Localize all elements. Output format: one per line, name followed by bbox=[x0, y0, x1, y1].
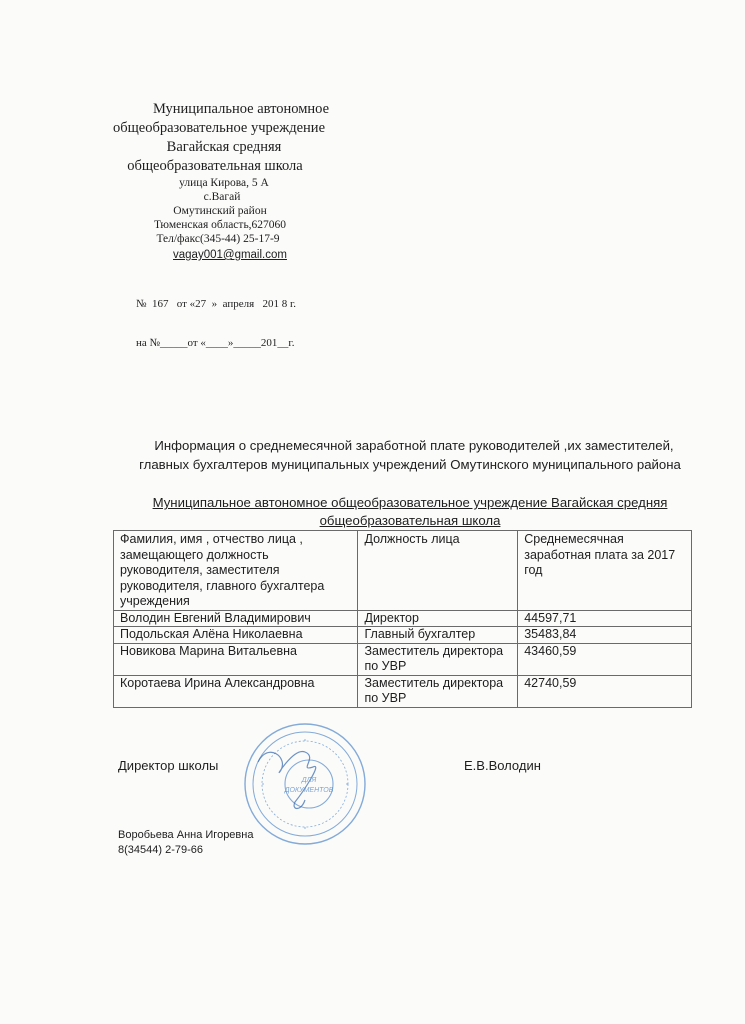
letterhead-org-line4: общеобразовательная школа bbox=[100, 157, 360, 176]
header-position: Должность лица bbox=[358, 531, 518, 611]
header-fullname: Фамилия, имя , отчество лица , замещающе… bbox=[114, 531, 358, 611]
letterhead-region: Тюменская область,627060 bbox=[100, 218, 360, 232]
cell-salary: 44597,71 bbox=[518, 610, 692, 627]
letterhead-phone: Тел/факс(345-44) 25-17-9 bbox=[100, 232, 360, 246]
contact-phone: 8(34544) 2-79-66 bbox=[118, 843, 253, 858]
official-stamp: ДЛЯ ДОКУМЕНТОВ bbox=[243, 722, 368, 847]
cell-name: Володин Евгений Владимирович bbox=[114, 610, 358, 627]
signature-role: Директор школы bbox=[118, 758, 218, 773]
organization-name-line1: Муниципальное автономное общеобразовател… bbox=[100, 494, 720, 512]
cell-salary: 42740,59 bbox=[518, 675, 692, 707]
cell-position: Директор bbox=[358, 610, 518, 627]
document-title: Информация о среднемесячной заработной п… bbox=[100, 436, 720, 474]
svg-text:ДЛЯ: ДЛЯ bbox=[301, 777, 317, 784]
signature-name: Е.В.Володин bbox=[464, 758, 541, 773]
cell-position: Заместитель директора по УВР bbox=[358, 675, 518, 707]
table-row: Володин Евгений Владимирович Директор 44… bbox=[114, 610, 692, 627]
cell-position: Заместитель директора по УВР bbox=[358, 643, 518, 675]
organization-name-line2: общеобразовательная школа bbox=[100, 512, 720, 530]
cell-salary: 43460,59 bbox=[518, 643, 692, 675]
cell-salary: 35483,84 bbox=[518, 627, 692, 644]
letterhead-email-row: vagay001@gmail.com bbox=[100, 246, 360, 263]
table-row: Подольская Алёна Николаевна Главный бухг… bbox=[114, 627, 692, 644]
letterhead-org-line2: общеобразовательное учреждение bbox=[100, 119, 360, 138]
table-header-row: Фамилия, имя , отчество лица , замещающе… bbox=[114, 531, 692, 611]
stamp-seal-icon: ДЛЯ ДОКУМЕНТОВ bbox=[243, 722, 368, 847]
email-link[interactable]: vagay001@gmail.com bbox=[173, 249, 287, 261]
reference-block: № 167 от «27 » апреля 201 8 г. на №_____… bbox=[136, 272, 296, 363]
salary-table: Фамилия, имя , отчество лица , замещающе… bbox=[113, 530, 692, 708]
letterhead-org-line3: Вагайская средняя bbox=[100, 138, 360, 157]
table-row: Новикова Марина Витальевна Заместитель д… bbox=[114, 643, 692, 675]
table-row: Коротаева Ирина Александровна Заместител… bbox=[114, 675, 692, 707]
letterhead-org-line1: Муниципальное автономное bbox=[100, 100, 360, 119]
document-title-line1: Информация о среднемесячной заработной п… bbox=[100, 436, 720, 455]
svg-text:ДОКУМЕНТОВ: ДОКУМЕНТОВ bbox=[284, 787, 334, 794]
document-title-line2: главных бухгалтеров муниципальных учрежд… bbox=[100, 455, 720, 474]
header-salary: Среднемесячная заработная плата за 2017 … bbox=[518, 531, 692, 611]
letterhead-village: с.Вагай bbox=[100, 190, 360, 204]
contact-block: Воробьева Анна Игоревна 8(34544) 2-79-66 bbox=[118, 828, 253, 858]
cell-name: Новикова Марина Витальевна bbox=[114, 643, 358, 675]
organization-name: Муниципальное автономное общеобразовател… bbox=[100, 494, 720, 530]
letterhead-street: улица Кирова, 5 А bbox=[100, 176, 360, 190]
letterhead-district: Омутинский район bbox=[100, 204, 360, 218]
cell-name: Подольская Алёна Николаевна bbox=[114, 627, 358, 644]
outgoing-reference: № 167 от «27 » апреля 201 8 г. bbox=[136, 298, 296, 311]
incoming-reference: на №_____от «____»_____201__г. bbox=[136, 337, 296, 350]
contact-name: Воробьева Анна Игоревна bbox=[118, 828, 253, 843]
cell-position: Главный бухгалтер bbox=[358, 627, 518, 644]
letterhead: Муниципальное автономное общеобразовател… bbox=[100, 100, 360, 263]
cell-name: Коротаева Ирина Александровна bbox=[114, 675, 358, 707]
